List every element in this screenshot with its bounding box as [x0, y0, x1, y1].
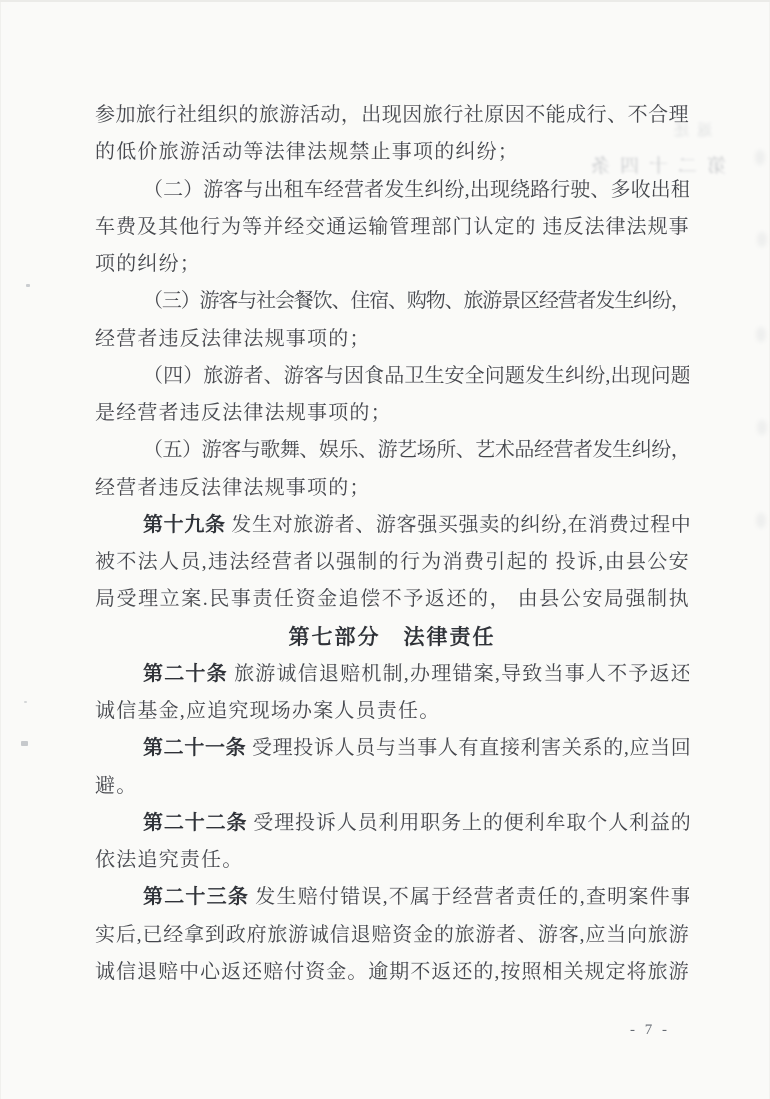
text-line: 避。	[95, 768, 689, 805]
line-text: 旅游诚信退赔机制,办理错案,导致当事人不予返还	[228, 663, 689, 685]
bleedthrough-smudge	[755, 150, 765, 165]
text-line: 参加旅行社组织的旅游活动，出现因旅行社原因不能成行、不合理	[95, 97, 689, 134]
text-line: 实后,已经拿到政府旅游诚信退赔资金的旅游者、游客,应当向旅游	[95, 917, 689, 954]
text-line: 第十九条 发生对旅游者、游客强买强卖的纠纷,在消费过程中	[95, 507, 689, 544]
line-text: 受理投诉人员与当事人有直接利害关系的,应当回	[246, 737, 689, 759]
line-text: （二）游客与出租车经营者发生纠纷,出现绕路行驶、多收出租	[143, 179, 689, 201]
text-line: 经营者违反法律法规事项的；	[95, 321, 689, 358]
line-text: 诚信基金,应追究现场办案人员责任。	[95, 700, 440, 722]
line-text: （五）游客与歌舞、娱乐、游艺场所、艺术品经营者发生纠纷，	[143, 439, 689, 461]
document-body: 参加旅行社组织的旅游活动，出现因旅行社原因不能成行、不合理的低价旅游活动等法律法…	[95, 97, 689, 991]
line-text: 被不法人员,违法经营者以强制的行为消费引起的 投诉,由县公安	[95, 551, 689, 573]
scan-artifact	[21, 741, 28, 746]
line-text: 项的纠纷；	[95, 253, 201, 275]
line-text: 发生对旅游者、游客强买强卖的纠纷,在消费过程中	[226, 514, 689, 536]
article-number: 第二十二条	[143, 812, 247, 834]
line-text: 局受理立案.民事责任资金追偿不予返还的， 由县公安局强制执行。	[95, 588, 689, 618]
line-text: 车费及其他行为等并经交通运输管理部门认定的 违反法律法规事	[95, 216, 689, 238]
text-line: 第二十三条 发生赔付错误,不属于经营者责任的,查明案件事	[95, 879, 689, 916]
text-line: 项的纠纷；	[95, 246, 689, 283]
text-line: （三）游客与社会餐饮、住宿、购物、旅游景区经营者发生纠纷，	[95, 283, 689, 320]
text-line: 被不法人员,违法经营者以强制的行为消费引起的 投诉,由县公安	[95, 544, 689, 581]
text-line: 局受理立案.民事责任资金追偿不予返还的， 由县公安局强制执行。	[95, 581, 689, 618]
line-text: 是经营者违反法律法规事项的；	[95, 402, 392, 424]
text-line: 第二十条 旅游诚信退赔机制,办理错案,导致当事人不予返还	[95, 656, 689, 693]
bleedthrough-smudge	[757, 420, 767, 435]
article-number: 第二十一条	[143, 737, 246, 759]
line-text: 发生赔付错误,不属于经营者责任的,查明案件事	[249, 886, 689, 908]
article-number: 第二十三条	[143, 886, 249, 908]
bleedthrough-smudge	[756, 513, 766, 528]
article-number: 第十九条	[143, 514, 226, 536]
line-text: （三）游客与社会餐饮、住宿、购物、旅游景区经营者发生纠纷，	[143, 290, 689, 312]
text-line: 是经营者违反法律法规事项的；	[95, 395, 689, 432]
text-line: （四）旅游者、游客与因食品卫生安全问题发生纠纷,出现问题	[95, 358, 689, 395]
line-text: 诚信退赔中心返还赔付资金。逾期不返还的,按照相关规定将旅游者、	[95, 961, 689, 991]
scan-artifact	[26, 284, 30, 287]
text-line: 第二十一条 受理投诉人员与当事人有直接利害关系的,应当回	[95, 730, 689, 767]
text-line: 依法追究责任。	[95, 842, 689, 879]
bleedthrough-smudge	[757, 232, 767, 247]
line-text: 经营者违反法律法规事项的；	[95, 328, 371, 350]
line-text: 经营者违反法律法规事项的；	[95, 477, 371, 499]
text-line: 的低价旅游活动等法律法规禁止事项的纠纷；	[95, 134, 689, 171]
line-text: 避。	[95, 775, 137, 797]
text-line: 第二十二条 受理投诉人员利用职务上的便利牟取个人利益的	[95, 805, 689, 842]
line-text: 的低价旅游活动等法律法规禁止事项的纠纷；	[95, 141, 519, 163]
line-text: 实后,已经拿到政府旅游诚信退赔资金的旅游者、游客,应当向旅游	[95, 924, 689, 946]
text-line: 诚信退赔中心返还赔付资金。逾期不返还的,按照相关规定将旅游者、	[95, 954, 689, 991]
text-line: 车费及其他行为等并经交通运输管理部门认定的 违反法律法规事	[95, 209, 689, 246]
text-line: 诚信基金,应追究现场办案人员责任。	[95, 693, 689, 730]
line-text: 参加旅行社组织的旅游活动，出现因旅行社原因不能成行、不合理	[95, 104, 689, 126]
line-text: 第七部分 法律责任	[289, 625, 496, 649]
line-text: 依法追究责任。	[95, 849, 243, 871]
text-line: 经营者违反法律法规事项的；	[95, 470, 689, 507]
bleedthrough-smudge	[756, 327, 766, 342]
scanned-document-page: 第二十四条 返还 参加旅行社组织的旅游活动，出现因旅行社原因不能成行、不合理的低…	[0, 0, 770, 1099]
line-text: 受理投诉人员利用职务上的便利牟取个人利益的	[247, 812, 689, 834]
text-line: （二）游客与出租车经营者发生纠纷,出现绕路行驶、多收出租	[95, 172, 689, 209]
text-line: （五）游客与歌舞、娱乐、游艺场所、艺术品经营者发生纠纷，	[95, 432, 689, 469]
scan-artifact	[24, 701, 27, 703]
line-text: （四）旅游者、游客与因食品卫生安全问题发生纠纷,出现问题	[143, 365, 689, 387]
page-number: - 7 -	[612, 1018, 688, 1042]
section-heading: 第七部分 法律责任	[95, 619, 689, 656]
article-number: 第二十条	[143, 663, 228, 685]
